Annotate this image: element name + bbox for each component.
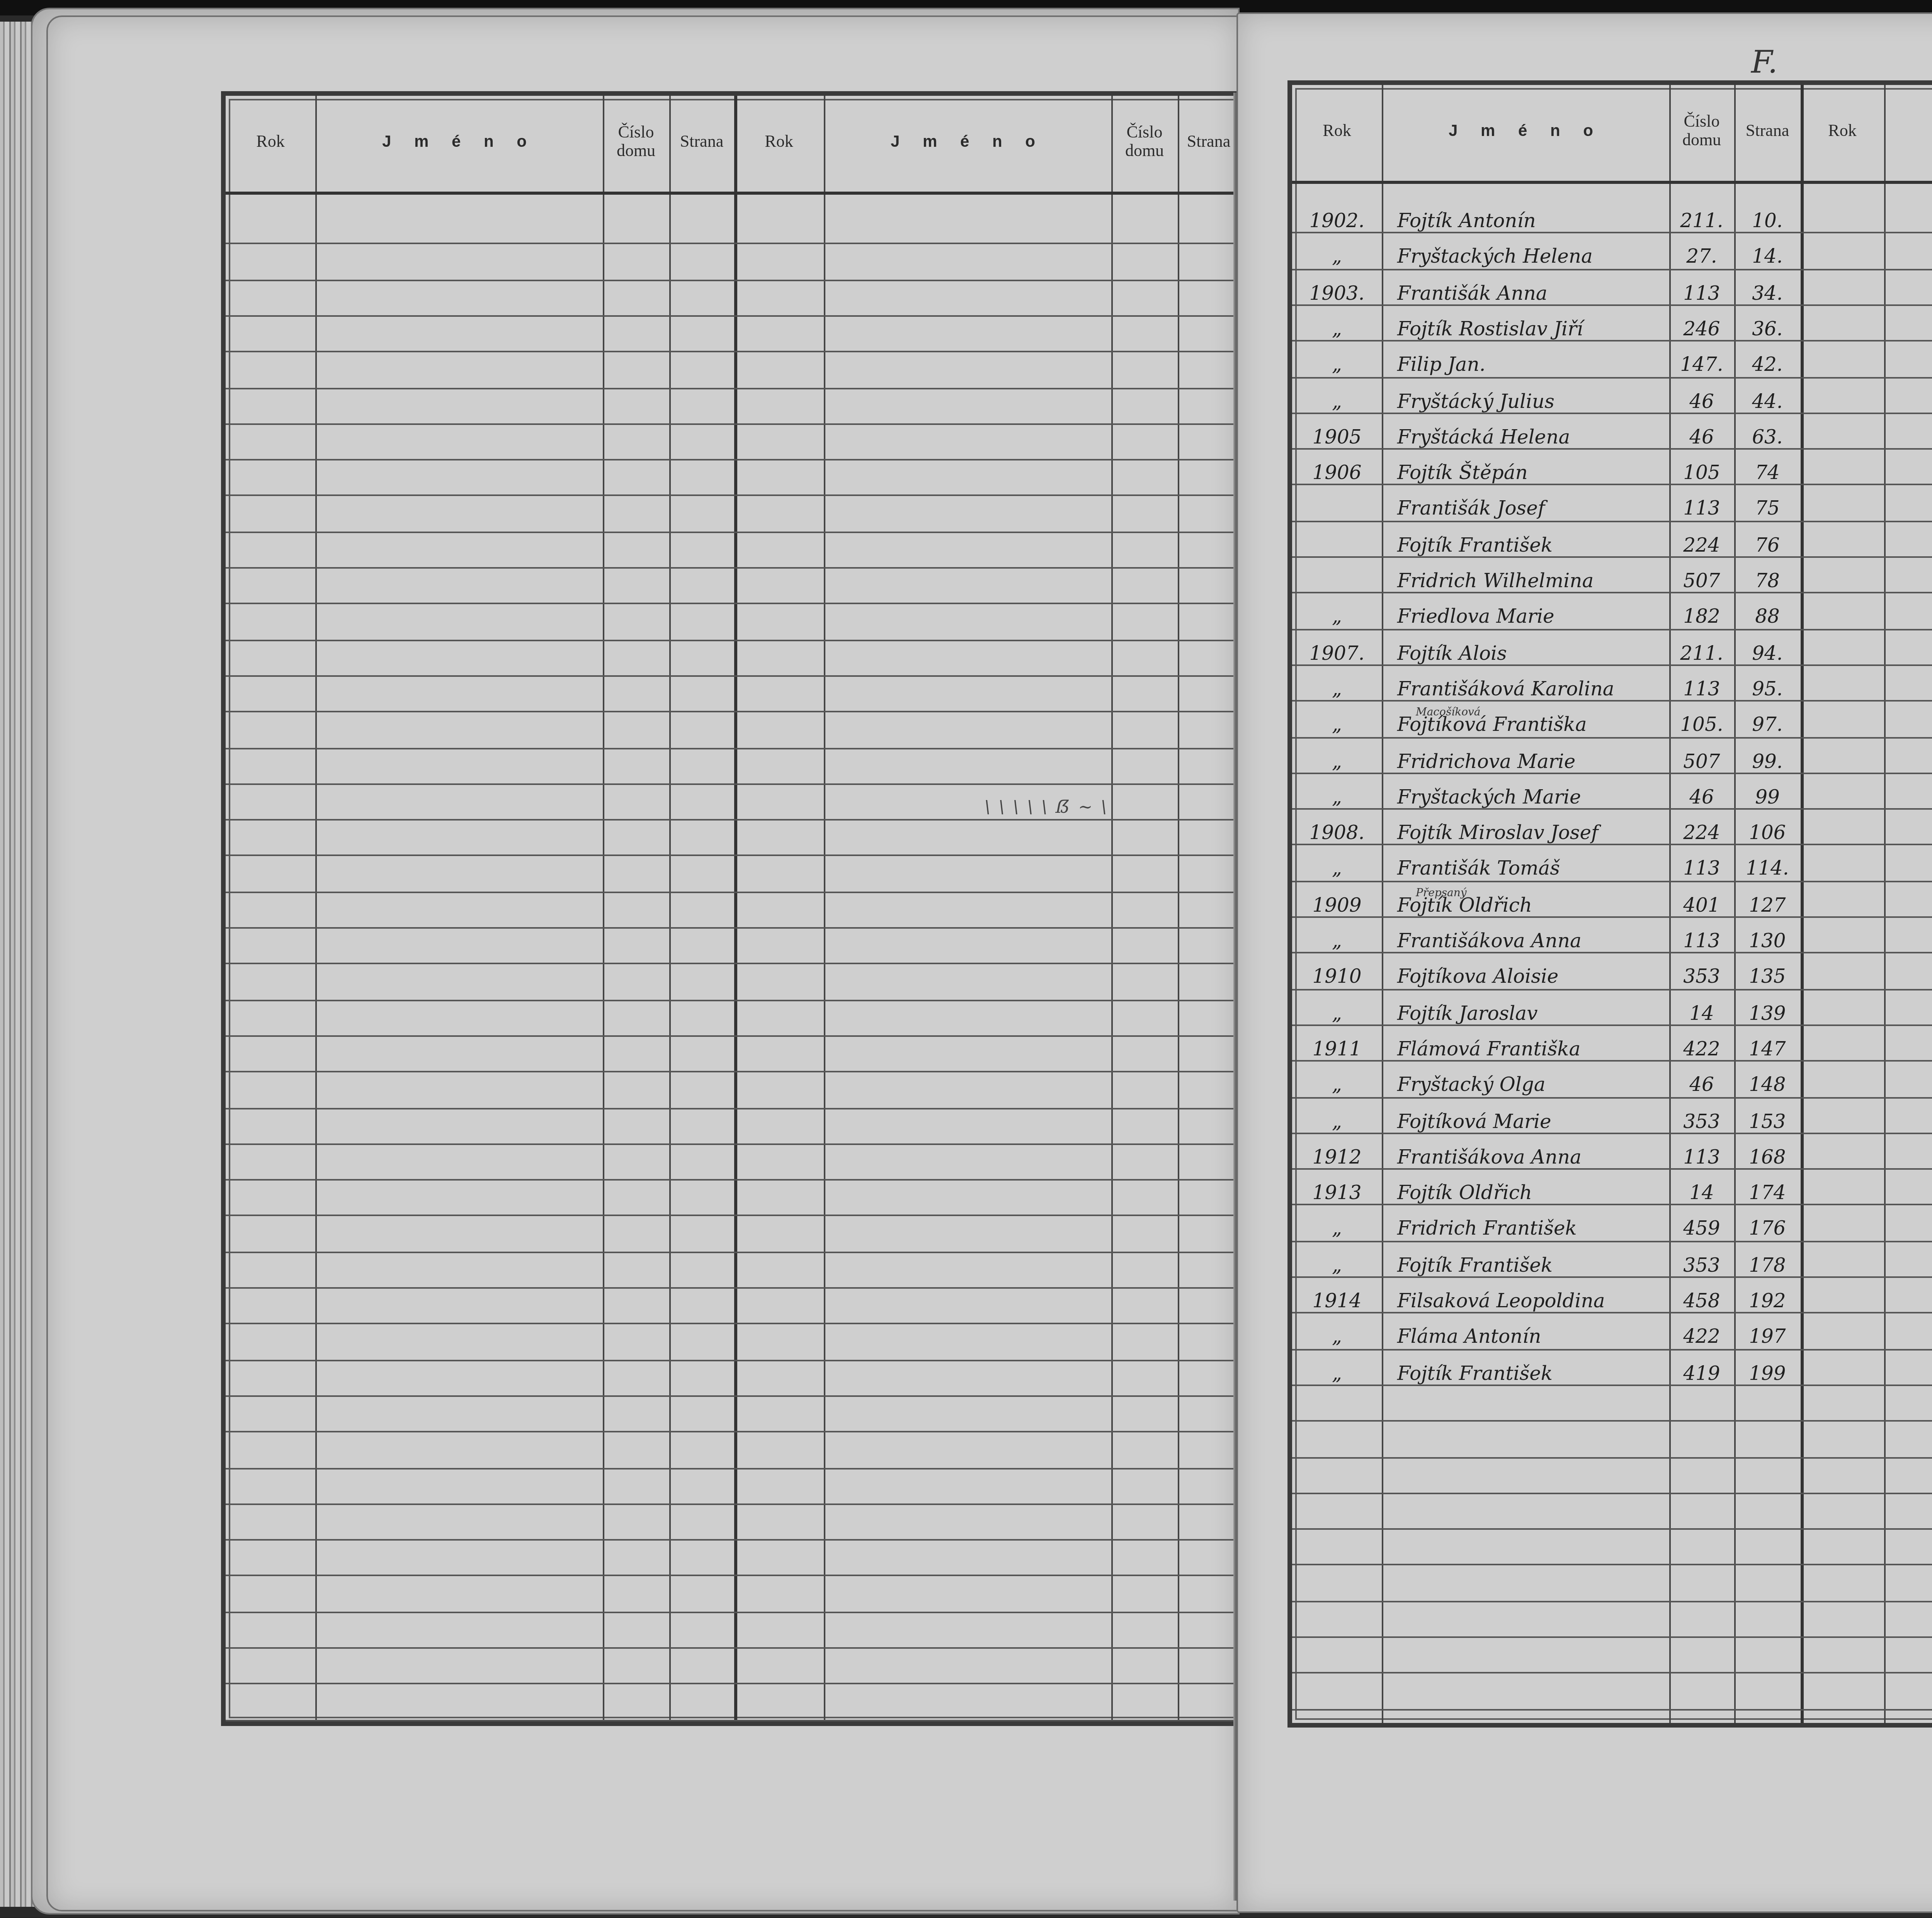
left-page-ledger-table: RokJ m é n oČíslodomuStranaRokJ m é n oČ… — [221, 91, 1244, 1726]
entry-name: Fryštackých Helena — [1397, 245, 1593, 268]
column-header-strana: Strana — [669, 96, 734, 189]
register-entry: „Fojtík František353178 — [1292, 1244, 1932, 1279]
entry-page-number: 97. — [1734, 713, 1801, 736]
entry-year: „ — [1292, 1217, 1382, 1240]
entry-page-number: 114. — [1734, 857, 1801, 880]
register-entry: 1913Fojtík Oldřich14174 — [1292, 1171, 1932, 1207]
entry-year: „ — [1292, 713, 1382, 736]
entry-year: 1913 — [1292, 1181, 1382, 1204]
entry-page-number: 42. — [1734, 353, 1801, 376]
entry-house-number: 27. — [1669, 245, 1734, 268]
column-header-jmeno: J m é n o — [1884, 85, 1932, 178]
entry-name: Fojtík Alois — [1397, 640, 1507, 664]
register-entry: 1905Fryštácká Helena4663. — [1292, 415, 1932, 451]
register-entry: „Fryštacký Olga46148 — [1292, 1063, 1932, 1099]
entry-page-number: 99 — [1734, 785, 1801, 808]
entry-page-number: 197 — [1734, 1325, 1801, 1348]
left-page: RokJ m é n oČíslodomuStranaRokJ m é n oČ… — [46, 15, 1240, 1911]
entry-name: Františáková Karolina — [1397, 677, 1614, 700]
register-entry: „Františáková Karolina11395. — [1292, 668, 1932, 703]
entry-house-number: 211. — [1669, 640, 1734, 664]
row-rule — [1292, 1420, 1932, 1422]
entry-page-number: 147 — [1734, 1037, 1801, 1060]
entry-name: Fojtík Štěpán — [1397, 460, 1528, 484]
row-rule — [226, 1467, 1240, 1469]
row-rule — [1292, 1565, 1932, 1566]
entry-year: „ — [1292, 1109, 1382, 1132]
entry-year: „ — [1292, 929, 1382, 952]
register-entry: 1902.Fojtík Antonín211.10. — [1292, 199, 1932, 235]
row-rule — [226, 1647, 1240, 1649]
entry-name: Fridrichova Marie — [1397, 749, 1575, 772]
row-rule — [226, 891, 1240, 893]
row-rule — [226, 1431, 1240, 1433]
register-entry: „Fláma Antonín422197 — [1292, 1315, 1932, 1351]
register-entry: „Friedlova Marie18288 — [1292, 595, 1932, 631]
register-entry: 1910Fojtíkova Aloisie353135 — [1292, 955, 1932, 991]
entry-name: Fryštácká Helena — [1397, 425, 1570, 448]
entry-house-number: 401 — [1669, 893, 1734, 916]
register-entry: 1906Fojtík Štěpán10574 — [1292, 451, 1932, 487]
entry-house-number: 224 — [1669, 533, 1734, 556]
header-text-line1: Číslo — [1127, 124, 1163, 142]
entry-year: „ — [1292, 317, 1382, 340]
entry-year: 1914 — [1292, 1289, 1382, 1312]
entry-name: Fojtík Oldřich — [1397, 893, 1532, 916]
entry-page-number: 99. — [1734, 749, 1801, 772]
row-rule — [226, 1251, 1240, 1253]
register-entry: 1903.Františák Anna11334. — [1292, 271, 1932, 307]
entry-name: Fojtík Jaroslav — [1397, 1001, 1537, 1024]
register-entry: 1909PřepsanýFojtík Oldřich401127 — [1292, 883, 1932, 919]
entry-name: Fojtík Rostislav Jiří — [1397, 317, 1583, 340]
entry-name: Flámová Františka — [1397, 1037, 1580, 1060]
entry-name: Fryštacký Olga — [1397, 1073, 1546, 1096]
entry-page-number: 76 — [1734, 533, 1801, 556]
register-entry: 1912Františákova Anna113168 — [1292, 1135, 1932, 1171]
entry-page-number: 36. — [1734, 317, 1801, 340]
entry-name: Fryštackých Marie — [1397, 785, 1581, 808]
entry-name: Friedlova Marie — [1397, 605, 1554, 628]
entry-house-number: 211. — [1669, 209, 1734, 232]
row-rule — [226, 1575, 1240, 1577]
entry-page-number: 176 — [1734, 1217, 1801, 1240]
entry-name: Františákova Anna — [1397, 929, 1582, 952]
row-rule — [226, 567, 1240, 569]
right-page-ledger-table: RokJ m é n oČíslodomuStranaRokJ m é n oČ… — [1287, 80, 1932, 1728]
entry-year: „ — [1292, 605, 1382, 628]
register-entry: „Fridrich František459176 — [1292, 1208, 1932, 1243]
row-rule — [226, 1215, 1240, 1217]
row-rule — [226, 459, 1240, 460]
header-rule — [1292, 181, 1932, 184]
index-letter-heading: F. — [1751, 43, 1778, 80]
entry-name: Fojtík Oldřich — [1397, 1181, 1532, 1204]
entry-year: „ — [1292, 785, 1382, 808]
row-rule — [226, 639, 1240, 640]
entry-year: 1905 — [1292, 425, 1382, 448]
entry-house-number: 419 — [1669, 1361, 1734, 1384]
row-rule — [1292, 1492, 1932, 1494]
row-rule — [226, 1107, 1240, 1109]
entry-page-number: 139 — [1734, 1001, 1801, 1024]
header-text-line1: Číslo — [1684, 113, 1720, 131]
register-entry: „Fojtík Jaroslav14139 — [1292, 991, 1932, 1027]
row-rule — [226, 927, 1240, 929]
entry-name: Fláma Antonín — [1397, 1325, 1541, 1348]
register-entry: „Františák Tomáš113114. — [1292, 848, 1932, 883]
row-rule — [226, 1287, 1240, 1289]
entry-house-number: 353 — [1669, 1109, 1734, 1132]
entry-house-number: 507 — [1669, 569, 1734, 592]
column-header-strana: Strana — [1734, 85, 1801, 178]
entry-house-number: 224 — [1669, 821, 1734, 844]
entry-name: Fojtíkova Aloisie — [1397, 965, 1558, 988]
ledger-rows: 1902.Fojtík Antonín211.10.„Fryštackých H… — [1292, 184, 1932, 1723]
entry-page-number: 130 — [1734, 929, 1801, 952]
entry-name: Fojtík František — [1397, 1361, 1553, 1384]
entry-page-number: 178 — [1734, 1253, 1801, 1276]
entry-house-number: 147. — [1669, 353, 1734, 376]
entry-year: 1903. — [1292, 280, 1382, 304]
entry-house-number: 105. — [1669, 713, 1734, 736]
entry-page-number: 199 — [1734, 1361, 1801, 1384]
column-header-cislo-domu: Číslodomu — [1111, 96, 1178, 189]
register-entry: „Filip Jan.147.42. — [1292, 343, 1932, 379]
row-rule — [226, 819, 1240, 821]
entry-page-number: 74 — [1734, 460, 1801, 484]
entry-house-number: 113 — [1669, 1145, 1734, 1168]
row-rule — [226, 423, 1240, 425]
entry-name: Fojtíková Františka — [1397, 713, 1587, 736]
entry-house-number: 113 — [1669, 280, 1734, 304]
row-rule — [226, 963, 1240, 965]
entry-year: „ — [1292, 749, 1382, 772]
entry-page-number: 153 — [1734, 1109, 1801, 1132]
entry-name: Fojtík František — [1397, 1253, 1553, 1276]
entry-name: Filsaková Leopoldina — [1397, 1289, 1605, 1312]
entry-house-number: 353 — [1669, 965, 1734, 988]
register-entry: Fridrich Wilhelmina50778 — [1292, 559, 1932, 595]
row-rule — [1292, 1456, 1932, 1458]
entry-house-number: 113 — [1669, 497, 1734, 520]
row-rule — [1292, 1672, 1932, 1674]
column-header-strana: Strana — [1178, 96, 1240, 189]
header-text-line2: domu — [1682, 131, 1721, 150]
row-rule — [226, 747, 1240, 749]
entry-page-number: 168 — [1734, 1145, 1801, 1168]
register-entry: Františák Josef11375 — [1292, 488, 1932, 523]
entry-house-number: 422 — [1669, 1325, 1734, 1348]
row-rule — [1292, 1708, 1932, 1710]
entry-house-number: 507 — [1669, 749, 1734, 772]
row-rule — [226, 1071, 1240, 1073]
row-rule — [1292, 1600, 1932, 1602]
row-rule — [226, 1683, 1240, 1685]
entry-page-number: 95. — [1734, 677, 1801, 700]
entry-year: 1910 — [1292, 965, 1382, 988]
row-rule — [1292, 1528, 1932, 1530]
entry-year: „ — [1292, 245, 1382, 268]
column-header-rok: Rok — [226, 96, 315, 189]
entry-name: Fridrich František — [1397, 1217, 1577, 1240]
entry-house-number: 353 — [1669, 1253, 1734, 1276]
column-header-rok: Rok — [734, 96, 824, 189]
row-rule — [226, 999, 1240, 1001]
row-rule — [226, 783, 1240, 785]
entry-name: Fridrich Wilhelmina — [1397, 569, 1594, 592]
entry-page-number: 10. — [1734, 209, 1801, 232]
row-rule — [226, 711, 1240, 713]
entry-name: Filip Jan. — [1397, 353, 1486, 376]
row-rule — [226, 1143, 1240, 1145]
register-entry: 1907.Fojtík Alois211.94. — [1292, 631, 1932, 667]
entry-year: „ — [1292, 1325, 1382, 1348]
entry-house-number: 113 — [1669, 677, 1734, 700]
row-rule — [226, 1395, 1240, 1397]
register-entry: 1914Filsaková Leopoldina458192 — [1292, 1279, 1932, 1315]
row-rule — [226, 1719, 1240, 1721]
entry-name: Fryštácký Julius — [1397, 389, 1554, 412]
row-rule — [226, 1179, 1240, 1181]
entry-year: „ — [1292, 1001, 1382, 1024]
column-header-rok: Rok — [1801, 85, 1884, 178]
entry-year: 1906 — [1292, 460, 1382, 484]
entry-page-number: 14. — [1734, 245, 1801, 268]
entry-name: Františákova Anna — [1397, 1145, 1582, 1168]
entry-house-number: 14 — [1669, 1001, 1734, 1024]
entry-page-number: 34. — [1734, 280, 1801, 304]
row-rule — [226, 1539, 1240, 1541]
entry-year: 1907. — [1292, 640, 1382, 664]
register-entry: „Fojtík Rostislav Jiří24636. — [1292, 307, 1932, 343]
column-header-cislo-domu: Číslodomu — [1669, 85, 1734, 178]
entry-name: Františák Josef — [1397, 497, 1545, 520]
entry-name: Františák Tomáš — [1397, 857, 1560, 880]
row-rule — [226, 315, 1240, 317]
entry-page-number: 75 — [1734, 497, 1801, 520]
column-header-jmeno: J m é n o — [1382, 85, 1669, 178]
entry-house-number: 46 — [1669, 389, 1734, 412]
row-rule — [1292, 1636, 1932, 1638]
register-entry: „Fryštackých Helena27.14. — [1292, 235, 1932, 271]
ledger-rows — [226, 195, 1240, 1721]
column-header-jmeno: J m é n o — [315, 96, 603, 189]
row-rule — [226, 675, 1240, 677]
entry-house-number: 113 — [1669, 929, 1734, 952]
row-rule — [226, 531, 1240, 533]
register-entry: „Fryštácký Julius4644. — [1292, 379, 1932, 415]
entry-name: Fojtík František — [1397, 533, 1553, 556]
column-header-cislo-domu: Číslodomu — [603, 96, 669, 189]
row-rule — [226, 279, 1240, 280]
header-rule — [226, 192, 1240, 195]
entry-year: „ — [1292, 353, 1382, 376]
row-rule — [226, 855, 1240, 857]
row-rule — [226, 387, 1240, 389]
header-text-line2: domu — [617, 142, 655, 161]
entry-page-number: 44. — [1734, 389, 1801, 412]
register-entry: 1911Flámová Františka422147 — [1292, 1028, 1932, 1063]
register-entry: Fojtík František22476 — [1292, 523, 1932, 559]
entry-year: „ — [1292, 1073, 1382, 1096]
entry-year: „ — [1292, 1253, 1382, 1276]
entry-name: Fojtík Miroslav Josef — [1397, 821, 1599, 844]
row-rule — [226, 351, 1240, 353]
register-entry: „MacošíkováFojtíková Františka105.97. — [1292, 703, 1932, 739]
entry-house-number: 458 — [1669, 1289, 1734, 1312]
entry-year: 1908. — [1292, 821, 1382, 844]
row-rule — [226, 495, 1240, 497]
entry-name: Fojtíková Marie — [1397, 1109, 1551, 1132]
scanned-book-spread: RokJ m é n oČíslodomuStranaRokJ m é n oČ… — [0, 0, 1932, 1918]
entry-year: 1912 — [1292, 1145, 1382, 1168]
entry-page-number: 148 — [1734, 1073, 1801, 1096]
entry-page-number: 63. — [1734, 425, 1801, 448]
entry-house-number: 422 — [1669, 1037, 1734, 1060]
register-entry: 1908.Fojtík Miroslav Josef224106 — [1292, 811, 1932, 847]
entry-house-number: 246 — [1669, 317, 1734, 340]
row-rule — [226, 603, 1240, 605]
entry-name: Fojtík Antonín — [1397, 209, 1536, 232]
row-rule — [226, 1323, 1240, 1325]
entry-year: 1911 — [1292, 1037, 1382, 1060]
entry-year: „ — [1292, 389, 1382, 412]
register-entry: „Františákova Anna113130 — [1292, 919, 1932, 955]
entry-house-number: 182 — [1669, 605, 1734, 628]
row-rule — [226, 1611, 1240, 1613]
column-header-rok: Rok — [1292, 85, 1382, 178]
entry-house-number: 113 — [1669, 857, 1734, 880]
entry-year: 1902. — [1292, 209, 1382, 232]
entry-page-number: 135 — [1734, 965, 1801, 988]
entry-house-number: 459 — [1669, 1217, 1734, 1240]
entry-year: 1909 — [1292, 893, 1382, 916]
register-entry: „Fryštackých Marie4699 — [1292, 775, 1932, 811]
stray-ink-marks: \ \ \ \ \ ẞ ~ \ — [985, 797, 1108, 817]
row-rule — [226, 243, 1240, 245]
entry-house-number: 105 — [1669, 460, 1734, 484]
header-text-line2: domu — [1125, 142, 1164, 161]
entry-house-number: 46 — [1669, 785, 1734, 808]
entry-house-number: 46 — [1669, 425, 1734, 448]
column-header-jmeno: J m é n o — [824, 96, 1111, 189]
register-entry: „Fojtíková Marie353153 — [1292, 1099, 1932, 1135]
entry-house-number: 14 — [1669, 1181, 1734, 1204]
entry-name: Františák Anna — [1397, 280, 1548, 304]
entry-page-number: 78 — [1734, 569, 1801, 592]
entry-year: „ — [1292, 677, 1382, 700]
entry-year: „ — [1292, 1361, 1382, 1384]
row-rule — [226, 1359, 1240, 1361]
entry-page-number: 94. — [1734, 640, 1801, 664]
row-rule — [226, 1503, 1240, 1505]
entry-page-number: 174 — [1734, 1181, 1801, 1204]
entry-page-number: 88 — [1734, 605, 1801, 628]
entry-year: „ — [1292, 857, 1382, 880]
register-entry: „Fojtík František419199 — [1292, 1351, 1932, 1387]
register-entry: „Fridrichova Marie50799. — [1292, 739, 1932, 775]
entry-page-number: 192 — [1734, 1289, 1801, 1312]
row-rule — [226, 1035, 1240, 1037]
entry-page-number: 127 — [1734, 893, 1801, 916]
entry-house-number: 46 — [1669, 1073, 1734, 1096]
header-text-line1: Číslo — [618, 124, 654, 142]
entry-page-number: 106 — [1734, 821, 1801, 844]
